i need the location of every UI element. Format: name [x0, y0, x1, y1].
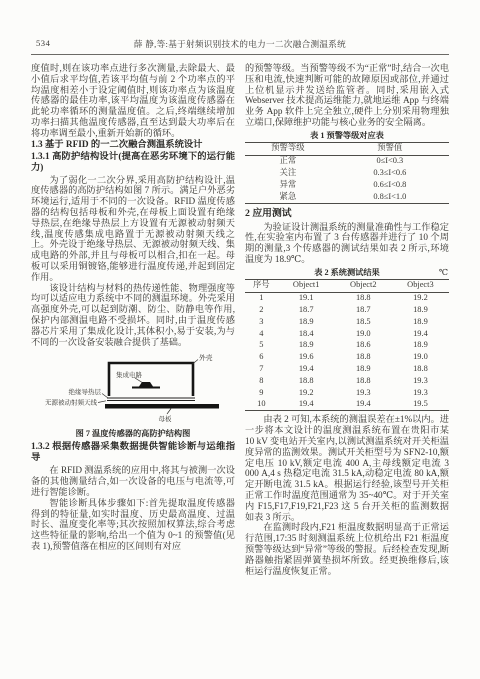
paragraph: 智能诊断具体步骤如下:首先提取温度传感器得到的特征量,如实时温度、历史最高温度、…	[31, 498, 235, 552]
table-cell: 19.3	[392, 375, 449, 387]
test-result-table: 序号 Object1 Object2 Object3 119.118.819.2…	[245, 279, 449, 412]
page-number: 534	[36, 38, 50, 48]
paper-page: 534 薛 静,等:基于射频识别技术的电力一二次融合测温系统 度值时,则在该功率…	[0, 0, 480, 679]
table-header-row: 预警等级 预警值	[245, 142, 449, 155]
table-cell: 19.0	[335, 328, 392, 340]
table-2-test-results: 表 2 系统测试结果 ℃ 序号 Object1 Object2 Object3 …	[245, 267, 449, 412]
ic-label: 集成电路	[116, 370, 143, 379]
heading-1-3: 1.3 基于 RFID 的一二次融合测温系统设计	[31, 140, 235, 151]
table-cell: 6	[245, 352, 278, 364]
table-cell: 18.9	[278, 340, 335, 352]
table-cell: 10	[245, 399, 278, 411]
table-cell: 3	[245, 316, 278, 328]
table-row: 418.419.019.4	[245, 328, 449, 340]
table-cell: 1	[245, 292, 278, 304]
table-cell: 19.6	[278, 352, 335, 364]
table-cell: 关注	[245, 167, 331, 179]
table-row: 119.118.819.2	[245, 292, 449, 304]
table-cell: 19.4	[278, 363, 335, 375]
table-row: 818.818.819.3	[245, 375, 449, 387]
table-row: 紧急0.8≤I<1.0	[245, 191, 449, 203]
table-row: 异常0.6≤I<0.8	[245, 179, 449, 191]
table-2-caption: 表 2 系统测试结果 ℃	[245, 267, 449, 278]
table-cell: 紧急	[245, 191, 331, 203]
table-cell: 18.9	[335, 363, 392, 375]
ic-base	[132, 387, 160, 389]
table-cell: 2	[245, 304, 278, 316]
table-cell: 8	[245, 375, 278, 387]
shell-label: 外壳	[199, 353, 213, 362]
table-cell: 0≤I<0.3	[331, 155, 449, 167]
table-cell: 0.6≤I<0.8	[331, 179, 449, 191]
header-rule	[31, 54, 449, 55]
column-header: Object1	[278, 279, 335, 292]
table-cell: 18.4	[278, 328, 335, 340]
antenna-leader-line	[98, 401, 106, 403]
table-cell: 19.0	[392, 352, 449, 364]
table-cell: 19.4	[335, 399, 392, 411]
table-row: 关注0.3≤I<0.6	[245, 167, 449, 179]
heading-2: 2 应用测试	[245, 208, 449, 219]
warning-level-table: 预警等级 预警值 正常0≤I<0.3关注0.3≤I<0.6异常0.6≤I<0.8…	[245, 142, 449, 204]
table-cell: 7	[245, 363, 278, 375]
table-cell: 18.6	[335, 340, 392, 352]
table-cell: 18.9	[278, 316, 335, 328]
table-1-warning-levels: 表 1 预警等级对应表 预警等级 预警值 正常0≤I<0.3关注0.3≤I<0.…	[245, 130, 449, 204]
table-cell: 19.4	[392, 328, 449, 340]
column-header: Object3	[392, 279, 449, 292]
column-header: Object2	[335, 279, 392, 292]
table-cell: 19.3	[335, 387, 392, 399]
table-cell: 19.4	[278, 399, 335, 411]
table-cell: 19.3	[392, 387, 449, 399]
table-header-row: 序号 Object1 Object2 Object3	[245, 279, 449, 292]
paragraph: 在监测时段内,F21 柜温度数据明显高于正常运行范围,17:35 时刻测温系统上…	[245, 522, 449, 576]
paragraph: 由表 2 可知,本系统的测温误差在±1%以内。进一步将本文设计的温度测温系统布置…	[245, 414, 449, 522]
table-cell: 正常	[245, 155, 331, 167]
table-cell: 18.5	[335, 316, 392, 328]
table-cell: 18.8	[335, 375, 392, 387]
table-row: 619.618.819.0	[245, 352, 449, 364]
table-2-caption-text: 表 2 系统测试结果	[314, 268, 380, 277]
table-cell: 9	[245, 387, 278, 399]
running-title: 薛 静,等:基于射频识别技术的电力一二次融合测温系统	[31, 38, 449, 50]
table-cell: 19.5	[392, 399, 449, 411]
column-header: 序号	[245, 279, 278, 292]
paragraph: 为验证设计测温系统的测量准确性与工作稳定性,在实验室内布置了 3 台传感器并进行…	[245, 222, 449, 265]
table-1-body: 正常0≤I<0.3关注0.3≤I<0.6异常0.6≤I<0.8紧急0.8≤I<1…	[245, 155, 449, 203]
table-cell: 异常	[245, 179, 331, 191]
heading-1-3-1: 1.3.1 高防护结构设计(提高在恶劣环境下的运行能力)	[31, 152, 235, 174]
column-header: 预警值	[331, 142, 449, 155]
table-cell: 18.9	[392, 304, 449, 316]
column-header: 预警等级	[245, 142, 331, 155]
paragraph-continuation: 度值时,则在该功率点进行多次测量,去除最大、最小值后求平均值,若该平均值与前 2…	[31, 63, 235, 139]
table-row: 919.219.319.3	[245, 387, 449, 399]
figure-7-caption: 图 7 温度传感器的高防护结构图	[31, 429, 235, 439]
page-header: 534 薛 静,等:基于射频识别技术的电力一二次融合测温系统	[31, 38, 449, 50]
table-cell: 19.2	[278, 387, 335, 399]
left-column: 度值时,则在该功率点进行多次测量,去除最大、最小值后求平均值,若该平均值与前 2…	[31, 63, 235, 576]
table-cell: 18.9	[392, 316, 449, 328]
figure-7-sensor-structure: 外壳 集成电路 绝缘导热层 无源被动射频天线	[31, 351, 235, 427]
board-label: 母板	[159, 414, 173, 423]
table-cell: 18.7	[335, 304, 392, 316]
paragraph: 为了弱化一二次分界,采用高防护结构设计,温度传感器的高防护结构如图 7 所示。满…	[31, 175, 235, 283]
table-2-body: 119.118.819.2218.718.718.9318.918.518.94…	[245, 292, 449, 411]
ic-chip	[139, 382, 153, 387]
table-cell: 18.8	[278, 375, 335, 387]
board-bar	[105, 404, 219, 409]
shell-outline	[109, 363, 193, 396]
table-cell: 19.1	[278, 292, 335, 304]
table-row: 正常0≤I<0.3	[245, 155, 449, 167]
table-row: 719.418.918.8	[245, 363, 449, 375]
insulation-label: 绝缘导热层	[69, 387, 102, 396]
heading-1-3-2: 1.3.2 根据传感器采集数据提供智能诊断与运维指导	[31, 442, 235, 464]
table-cell: 18.8	[392, 363, 449, 375]
table-2-head: 序号 Object1 Object2 Object3	[245, 279, 449, 292]
table-cell: 18.8	[335, 352, 392, 364]
sensor-structure-diagram: 外壳 集成电路 绝缘导热层 无源被动射频天线	[31, 351, 235, 427]
table-1-caption: 表 1 预警等级对应表	[245, 130, 449, 141]
antenna-label: 无源被动射频天线	[45, 398, 98, 407]
table-cell: 5	[245, 340, 278, 352]
table-2-unit: ℃	[439, 267, 448, 278]
table-cell: 0.3≤I<0.6	[331, 167, 449, 179]
paragraph: 该设计结构与材料的热传递性能、物理强度等均可以适应电力系统中不同的测温环境。外壳…	[31, 283, 235, 348]
two-column-body: 度值时,则在该功率点进行多次测量,去除最大、最小值后求平均值,若该平均值与前 2…	[31, 63, 449, 576]
table-cell: 18.9	[392, 340, 449, 352]
table-1-head: 预警等级 预警值	[245, 142, 449, 155]
table-row: 218.718.718.9	[245, 304, 449, 316]
table-cell: 18.8	[335, 292, 392, 304]
table-row: 1019.419.419.5	[245, 399, 449, 411]
paragraph: 在 RFID 测温系统的应用中,将其与被测一次设备的其他测量结合,如一次设备的电…	[31, 465, 235, 497]
table-row: 518.918.618.9	[245, 340, 449, 352]
right-column: 的预警等级。当预警等级不为“正常”时,结合一次电压和电流,快速判断可能的故障原因…	[245, 63, 449, 576]
table-cell: 18.7	[278, 304, 335, 316]
table-row: 318.918.518.9	[245, 316, 449, 328]
table-cell: 19.2	[392, 292, 449, 304]
board-leader-line	[167, 409, 171, 415]
table-cell: 0.8≤I<1.0	[331, 191, 449, 203]
table-cell: 4	[245, 328, 278, 340]
paragraph-continuation: 的预警等级。当预警等级不为“正常”时,结合一次电压和电流,快速判断可能的故障原因…	[245, 63, 449, 128]
insulation-leader-line	[102, 394, 108, 399]
